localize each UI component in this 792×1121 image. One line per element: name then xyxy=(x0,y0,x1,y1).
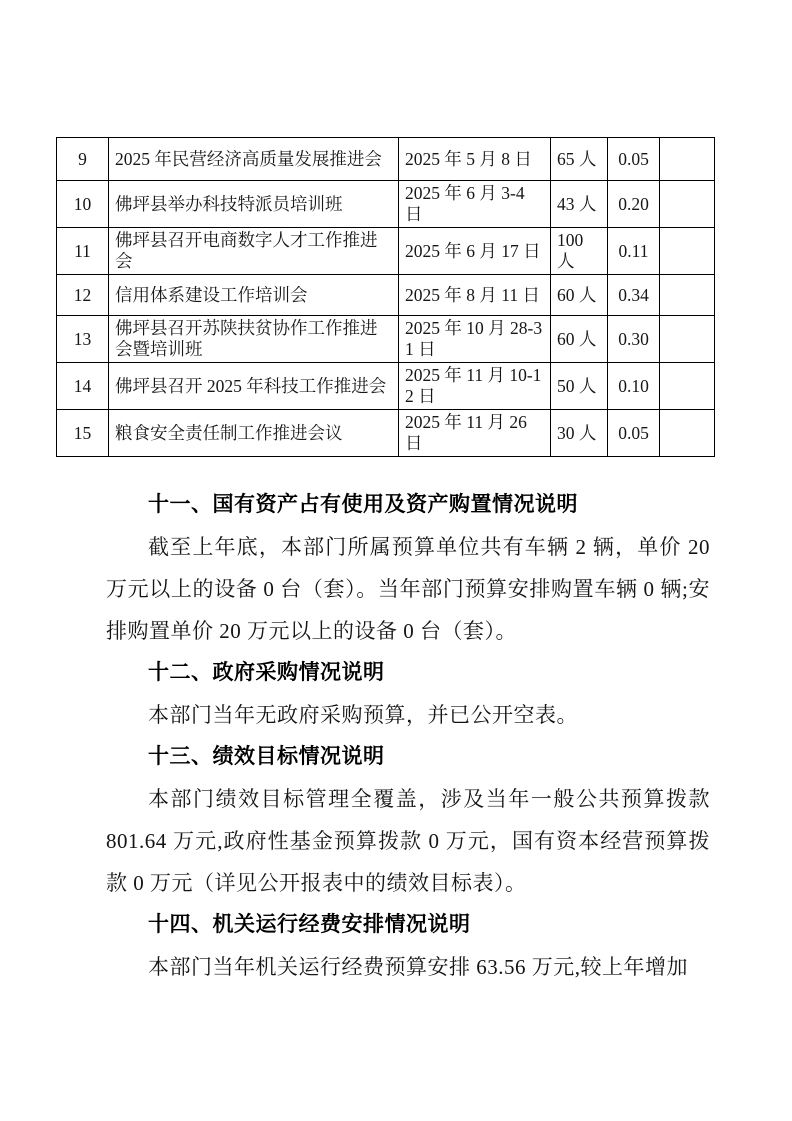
row-number-cell: 10 xyxy=(57,181,109,228)
meeting-date-cell: 2025 年 11 月 10-12 日 xyxy=(399,363,551,410)
row-number-cell: 11 xyxy=(57,228,109,275)
attendance-cell: 60 人 xyxy=(551,275,608,316)
meeting-date-cell: 2025 年 6 月 17 日 xyxy=(399,228,551,275)
meeting-name-cell: 佛坪县召开电商数字人才工作推进会 xyxy=(109,228,399,275)
meeting-name-cell: 2025 年民营经济高质量发展推进会 xyxy=(109,138,399,181)
row-number-cell: 13 xyxy=(57,316,109,363)
meeting-expense-table: 9 2025 年民营经济高质量发展推进会 2025 年 5 月 8 日 65 人… xyxy=(56,137,715,457)
amount-cell: 0.05 xyxy=(608,410,660,457)
document-section: 十二、政府采购情况说明 本部门当年无政府采购预算，并已公开空表。 xyxy=(106,652,710,736)
amount-cell: 0.10 xyxy=(608,363,660,410)
amount-cell: 0.34 xyxy=(608,275,660,316)
table-row: 11 佛坪县召开电商数字人才工作推进会 2025 年 6 月 17 日 100 … xyxy=(57,228,715,275)
table-row: 13 佛坪县召开苏陕扶贫协作工作推进会暨培训班 2025 年 10 月 28-3… xyxy=(57,316,715,363)
section-paragraph: 截至上年底，本部门所属预算单位共有车辆 2 辆，单价 20 万元以上的设备 0 … xyxy=(106,526,710,652)
note-cell xyxy=(660,275,715,316)
meeting-date-cell: 2025 年 10 月 28-31 日 xyxy=(399,316,551,363)
amount-cell: 0.20 xyxy=(608,181,660,228)
section-paragraph: 本部门当年无政府采购预算，并已公开空表。 xyxy=(106,694,710,736)
note-cell xyxy=(660,138,715,181)
document-section: 十四、机关运行经费安排情况说明 本部门当年机关运行经费预算安排 63.56 万元… xyxy=(106,904,710,988)
section-paragraph: 本部门当年机关运行经费预算安排 63.56 万元,较上年增加 xyxy=(106,946,710,988)
note-cell xyxy=(660,363,715,410)
attendance-cell: 30 人 xyxy=(551,410,608,457)
meeting-name-cell: 佛坪县召开 2025 年科技工作推进会 xyxy=(109,363,399,410)
row-number-cell: 15 xyxy=(57,410,109,457)
attendance-cell: 60 人 xyxy=(551,316,608,363)
amount-cell: 0.30 xyxy=(608,316,660,363)
document-text-block: 十一、国有资产占有使用及资产购置情况说明 截至上年底，本部门所属预算单位共有车辆… xyxy=(106,484,710,988)
document-section: 十一、国有资产占有使用及资产购置情况说明 截至上年底，本部门所属预算单位共有车辆… xyxy=(106,484,710,652)
meeting-name-cell: 信用体系建设工作培训会 xyxy=(109,275,399,316)
row-number-cell: 14 xyxy=(57,363,109,410)
row-number-cell: 9 xyxy=(57,138,109,181)
attendance-cell: 100 人 xyxy=(551,228,608,275)
section-heading: 十四、机关运行经费安排情况说明 xyxy=(106,904,710,946)
amount-cell: 0.05 xyxy=(608,138,660,181)
note-cell xyxy=(660,228,715,275)
section-paragraph: 本部门绩效目标管理全覆盖，涉及当年一般公共预算拨款 801.64 万元,政府性基… xyxy=(106,778,710,904)
note-cell xyxy=(660,316,715,363)
attendance-cell: 43 人 xyxy=(551,181,608,228)
table-row: 14 佛坪县召开 2025 年科技工作推进会 2025 年 11 月 10-12… xyxy=(57,363,715,410)
note-cell xyxy=(660,410,715,457)
document-page: 9 2025 年民营经济高质量发展推进会 2025 年 5 月 8 日 65 人… xyxy=(0,0,792,1121)
meeting-name-cell: 佛坪县举办科技特派员培训班 xyxy=(109,181,399,228)
table-row: 12 信用体系建设工作培训会 2025 年 8 月 11 日 60 人 0.34 xyxy=(57,275,715,316)
note-cell xyxy=(660,181,715,228)
meeting-date-cell: 2025 年 5 月 8 日 xyxy=(399,138,551,181)
meeting-date-cell: 2025 年 11 月 26 日 xyxy=(399,410,551,457)
meeting-name-cell: 佛坪县召开苏陕扶贫协作工作推进会暨培训班 xyxy=(109,316,399,363)
meeting-date-cell: 2025 年 6 月 3-4 日 xyxy=(399,181,551,228)
meeting-date-cell: 2025 年 8 月 11 日 xyxy=(399,275,551,316)
table-row: 15 粮食安全责任制工作推进会议 2025 年 11 月 26 日 30 人 0… xyxy=(57,410,715,457)
section-heading: 十一、国有资产占有使用及资产购置情况说明 xyxy=(106,484,710,526)
meeting-table-body: 9 2025 年民营经济高质量发展推进会 2025 年 5 月 8 日 65 人… xyxy=(57,138,715,457)
row-number-cell: 12 xyxy=(57,275,109,316)
section-heading: 十二、政府采购情况说明 xyxy=(106,652,710,694)
meeting-name-cell: 粮食安全责任制工作推进会议 xyxy=(109,410,399,457)
section-heading: 十三、绩效目标情况说明 xyxy=(106,736,710,778)
attendance-cell: 50 人 xyxy=(551,363,608,410)
attendance-cell: 65 人 xyxy=(551,138,608,181)
amount-cell: 0.11 xyxy=(608,228,660,275)
table-row: 10 佛坪县举办科技特派员培训班 2025 年 6 月 3-4 日 43 人 0… xyxy=(57,181,715,228)
table-row: 9 2025 年民营经济高质量发展推进会 2025 年 5 月 8 日 65 人… xyxy=(57,138,715,181)
document-section: 十三、绩效目标情况说明 本部门绩效目标管理全覆盖，涉及当年一般公共预算拨款 80… xyxy=(106,736,710,904)
